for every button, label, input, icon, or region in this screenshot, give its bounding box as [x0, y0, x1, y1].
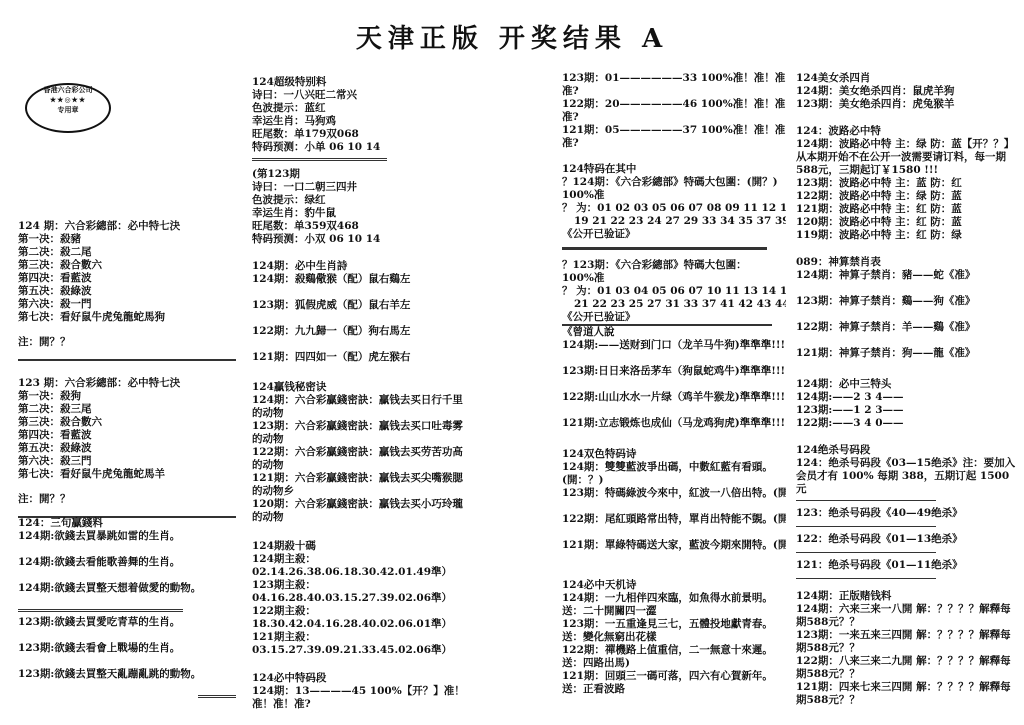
riddle-line: 124期:欲錢去買暴跳如雷的生肖。 [18, 530, 236, 543]
wave-special: 124：波路必中特 124期：波路必中特 主：绿 防：蓝【开？？】从本期开始不在… [796, 125, 1020, 242]
three-heads: 124期：必中三特头 124期:——2 3 4—— 123期:——1 2 3——… [796, 378, 1020, 430]
decision-line: 第四决：看藍波 [18, 429, 236, 442]
range-row: 121期：05——————37 100% 准！准！准！ 准? [562, 124, 786, 150]
secret-line: 120期：六合彩贏錢密訣：贏钱去买小巧玲瓏的动物 [252, 498, 472, 524]
section-heading: 124贏钱秘密诀 [252, 381, 472, 394]
decision-line: 第四决：看藍波 [18, 272, 236, 285]
kill-range-line: 122：绝杀号码段《01—13绝杀》 [796, 533, 1020, 546]
divider [252, 158, 387, 161]
special-inside-123: ？123期：《六合彩總部》特碼大包圍： 100%准 ？ 为：01 03 04 0… [562, 259, 786, 326]
riddles-section: 124：三句贏錢料 124期:欲錢去買暴跳如雷的生肖。 124期:欲錢去看能歌善… [18, 517, 236, 698]
secret-line: 123期：六合彩贏錢密訣：贏钱去买口吐毒雾的动物 [252, 420, 472, 446]
stamp-stars: ★★◎★★ [27, 95, 109, 105]
forbidden-line: 124期：神算子禁肖：豬——蛇《准》 [796, 269, 1020, 282]
secret-line: 124期：六合彩贏錢密訣：贏钱去买日行千里的动物 [252, 394, 472, 420]
color-poem-line: 122期：尾紅頭路常出特，單肖出特能不覬。(開： [562, 513, 786, 526]
verified-label: 《公开已验证》 [562, 311, 786, 324]
decision-line: 第三决：殺合數六 [18, 259, 236, 272]
info-line: 幸运生肖：豹牛鼠 [252, 207, 472, 220]
head-line: 122期:——3 4 0—— [796, 417, 1020, 430]
info-line: 旺尾数：单359双468 [252, 220, 472, 233]
section-heading: 124期：必中生肖詩 [252, 260, 472, 273]
insider-line: 121期:立志锻炼也成仙（马龙鸡狗虎)準準準!!! [562, 417, 786, 430]
decision-line: 第五决：殺綠波 [18, 442, 236, 455]
special-inside-124: 124特码在其中 ？124期：《六合彩總部》特碼大包圍：(開？) 100%准 ？… [562, 163, 786, 250]
range-row: 123期：01——————33 100% 准！准！准！ 准? [562, 72, 786, 98]
divider [18, 359, 236, 361]
section-heading: 124 期：六合彩總部：必中特七決 [18, 220, 236, 233]
color-poem-line: 121期：單綠特碼送大家，藍波今期來開特。(開： [562, 539, 786, 552]
super-special: 124超级特别料 诗曰：一八兴旺二常兴 色波提示：蓝红 幸运生肖：马狗鸡 旺尾数… [252, 76, 472, 161]
kill-line: 123期主殺：04.16.28.40.03.15.27.39.02.06準） [252, 579, 472, 605]
inside-line: ？124期：《六合彩總部》特碼大包圍：(開？) [562, 176, 786, 189]
stamp-bottom-text: 专用章 [27, 105, 109, 115]
seven-decisions-124: 124 期：六合彩總部：必中特七決 第一决：殺豬 第二决：殺二尾 第三决：殺合數… [18, 220, 236, 361]
color-poem-line: 123期：特碼綠波今來中，紅波一八倍出特。(開： [562, 487, 786, 500]
wave-line: 119期：波路必中特 主：红 防：绿 [796, 229, 1020, 242]
secret-line: 122期：六合彩贏錢密訣：贏钱去买劳苦功高的动物 [252, 446, 472, 472]
section-heading: 《曾道人說 [562, 326, 786, 339]
kill-ten-numbers: 124期殺十碼 124期主殺：02.14.26.38.06.18.30.42.0… [252, 540, 472, 657]
section-heading: 089：神算禁肖表 [796, 256, 1020, 269]
decision-line: 第一决：殺豬 [18, 233, 236, 246]
poem-line: 122期：九九歸一（配）狗右馬左 [252, 325, 472, 338]
beauty-kill: 124美女杀四肖 124期：美女绝杀四肖：鼠虎羊狗 123期：美女绝杀四肖：虎兔… [796, 72, 1020, 111]
insider-line: 122期:山山水水一片绿（鸡羊牛猴龙)準準準!!! [562, 391, 786, 404]
divider [198, 695, 236, 698]
info-line: 旺尾数：单179双068 [252, 128, 472, 141]
range-history: 123期：01——————33 100% 准！准！准！ 准? 122期：20——… [562, 72, 786, 150]
decision-line: 第七决：看好鼠牛虎兔龍蛇馬羊 [18, 468, 236, 481]
section-heading: (第123期 [252, 168, 472, 181]
note: 注：開？？ [18, 336, 236, 349]
section-heading: 124必中特码段 [252, 672, 472, 685]
divider [18, 609, 183, 612]
inside-line: 100%准 [562, 272, 786, 285]
forbidden-line: 123期：神算子禁肖：鷄——狗《准》 [796, 295, 1020, 308]
riddle-line: 124期:欲錢去看能歌善舞的生肖。 [18, 556, 236, 569]
info-line: 色波提示：蓝红 [252, 102, 472, 115]
kill-line: 122期主殺：18.30.42.04.16.28.40.02.06.01準） [252, 605, 472, 631]
decision-line: 第六决：殺三門 [18, 455, 236, 468]
info-line: 特码预测：小单 06 10 14 [252, 141, 472, 154]
winning-secret: 124贏钱秘密诀 124期：六合彩贏錢密訣：贏钱去买日行千里的动物 123期：六… [252, 381, 472, 524]
insider-says: 《曾道人說 124期:——送财到门口（龙羊马牛狗)準準準!!! 123期:日日来… [562, 326, 786, 430]
decision-line: 第一决：殺狗 [18, 390, 236, 403]
decision-line: 第五决：殺綠波 [18, 285, 236, 298]
section-heading: 124双色特码诗 [562, 448, 786, 461]
info-line: 色波提示：绿红 [252, 194, 472, 207]
special-range: 124必中特码段 124期：13————45 100%【开？】准！准！准！准? [252, 672, 472, 711]
forbidden-line: 122期：神算子禁肖：羊——鷄《准》 [796, 321, 1020, 334]
seven-decisions-123: 123 期：六合彩總部：必中特七決 第一决：殺狗 第二决：殺三尾 第三决：殺合數… [18, 377, 236, 518]
forbidden-table: 089：神算禁肖表 124期：神算子禁肖：豬——蛇《准》 123期：神算子禁肖：… [796, 256, 1020, 360]
poem-line: 123期：狐假虎威（配）鼠右羊左 [252, 299, 472, 312]
section-heading: 124期：必中三特头 [796, 378, 1020, 391]
number-list: ？ 为：01 03 04 05 06 07 10 11 13 14 15 16 … [562, 285, 786, 298]
wave-main: 124期：波路必中特 主：绿 防：蓝【开？？】从本期开始不在公开一波需要请订料，… [796, 138, 1020, 177]
section-heading: 124特码在其中 [562, 163, 786, 176]
stamp-top-text: 香港六合彩公司 [27, 85, 109, 95]
riddle-line: 123期:欲錢去買整天亂蹦亂跳的動物。 [18, 668, 236, 681]
divider [796, 500, 936, 501]
wave-line: 123期：波路必中特 主：蓝 防：红 [796, 177, 1020, 190]
two-color-poem: 124双色特码诗 124期：雙雙藍波爭出碼，中數紅藍有看頭。(開：？) 123期… [562, 448, 786, 552]
head-line: 123期:——1 2 3—— [796, 404, 1020, 417]
divider [796, 526, 936, 527]
kill-line: 121期主殺：03.15.27.39.09.21.33.45.02.06準） [252, 631, 472, 657]
range-line: 124期：13————45 100%【开？】准！准！准！准? [252, 685, 472, 711]
decision-line: 第六决：殺一門 [18, 298, 236, 311]
decision-line: 第三决：殺合數六 [18, 416, 236, 429]
sky-poem: 124必中天机诗 124期：一九相伴四來臨，如魚得水前景明。送：二十開關四一澀 … [562, 579, 786, 696]
zodiac-poem: 124期：必中生肖詩 124期：殺鷄儆猴（配）鼠右鷄左 123期：狐假虎威（配）… [252, 260, 472, 364]
info-line: 诗曰：一八兴旺二常兴 [252, 89, 472, 102]
decision-line: 第七决：看好鼠牛虎兔龍蛇馬狗 [18, 311, 236, 324]
secret-line: 121期：六合彩贏錢密訣：贏钱去买尖嘴猴腮的动物乡 [252, 472, 472, 498]
color-poem-line: 124期：雙雙藍波爭出碼，中數紅藍有看頭。(開：？) [562, 461, 786, 487]
kill-line: 124期主殺：02.14.26.38.06.18.30.42.01.49準） [252, 553, 472, 579]
info-line: 诗曰：一口二朝三四井 [252, 181, 472, 194]
wave-line: 120期：波路必中特 主：红 防：蓝 [796, 216, 1020, 229]
note: 注：開？？ [18, 493, 236, 506]
divider [796, 552, 936, 553]
info-line: 特码预测：小双 06 10 14 [252, 233, 472, 246]
divider [796, 578, 936, 579]
sky-poem-line: 121期：回頭三一碼可落，四六有心賀新年。送：正看波路 [562, 670, 786, 696]
decision-line: 第二决：殺二尾 [18, 246, 236, 259]
section-heading: 124：波路必中特 [796, 125, 1020, 138]
decision-line: 第二决：殺三尾 [18, 403, 236, 416]
page-title: 天津正版 开奖结果 A [0, 18, 1024, 55]
info-line: 幸运生肖：马狗鸡 [252, 115, 472, 128]
poem-line: 124期：殺鷄儆猴（配）鼠右鷄左 [252, 273, 472, 286]
sky-poem-line: 123期：一五重逢見三七，五體投地獻青春。送：變化無窮出花樣 [562, 618, 786, 644]
company-stamp: 香港六合彩公司 ★★◎★★ 专用章 [25, 83, 111, 133]
number-list: 21 22 23 25 27 31 33 37 41 42 43 44 45 4… [562, 298, 786, 311]
insider-line: 124期:——送财到门口（龙羊马牛狗)準準準!!! [562, 339, 786, 352]
section-heading: 123 期：六合彩總部：必中特七決 [18, 377, 236, 390]
head-line: 124期:——2 3 4—— [796, 391, 1020, 404]
divider [562, 247, 767, 250]
poem-line: 121期：四四如一（配）虎左猴右 [252, 351, 472, 364]
kill-range-line: 121：绝杀号码段《01—11绝杀》 [796, 559, 1020, 572]
section-heading: 124：三句贏錢料 [18, 517, 236, 530]
kill-number-range: 124绝杀号码段 124：绝杀号码段《03—15绝杀》注：要加入会员才有 100… [796, 444, 1020, 579]
paid-line: 122期：八来三来二九開 解：？？？？解釋每期588元？？ [796, 655, 1020, 681]
wave-line: 122期：波路必中特 主：绿 防：蓝 [796, 190, 1020, 203]
beauty-line: 123期：美女绝杀四肖：虎兔猴羊 [796, 98, 1020, 111]
sky-poem-line: 122期：禪機路上值重信，二一無意十來遲。送：四路出馬) [562, 644, 786, 670]
inside-line: 100%准 [562, 189, 786, 202]
riddle-line: 124期:欲錢去買整天想着做愛的動物。 [18, 582, 236, 595]
number-list: ？ 为：01 02 03 05 06 07 08 09 11 12 13 15 … [562, 202, 786, 215]
section-heading: 124期：正版赌钱料 [796, 590, 1020, 603]
section-heading: 124美女杀四肖 [796, 72, 1020, 85]
beauty-line: 124期：美女绝杀四肖：鼠虎羊狗 [796, 85, 1020, 98]
kill-range-line: 123：绝杀号码段《40—49绝杀》 [796, 507, 1020, 520]
issue-123-info: (第123期 诗曰：一口二朝三四井 色波提示：绿红 幸运生肖：豹牛鼠 旺尾数：单… [252, 168, 472, 246]
sky-poem-line: 124期：一九相伴四來臨，如魚得水前景明。送：二十開關四一澀 [562, 592, 786, 618]
paid-line: 124期：六来三来一八開 解：？？？？解釋每期588元？？ [796, 603, 1020, 629]
inside-line: ？123期：《六合彩總部》特碼大包圍： [562, 259, 786, 272]
section-heading: 124超级特别料 [252, 76, 472, 89]
paid-line: 123期：一来五来三四開 解：？？？？解釋每期588元？？ [796, 629, 1020, 655]
section-heading: 124绝杀号码段 [796, 444, 1020, 457]
wave-line: 121期：波路必中特 主：红 防：蓝 [796, 203, 1020, 216]
paid-line: 121期：四来七来三四開 解：？？？？解釋每期588元？？ [796, 681, 1020, 707]
range-row: 122期：20——————46 100% 准！准！准！ 准? [562, 98, 786, 124]
paid-data: 124期：正版赌钱料 124期：六来三来一八開 解：？？？？解釋每期588元？？… [796, 590, 1020, 707]
section-heading: 124必中天机诗 [562, 579, 786, 592]
riddle-line: 123期:欲錢去看會上戰場的生肖。 [18, 642, 236, 655]
section-heading: 124期殺十碼 [252, 540, 472, 553]
riddle-line: 123期:欲錢去買愛吃青草的生肖。 [18, 616, 236, 629]
kill-range-main: 124：绝杀号码段《03—15绝杀》注：要加入会员才有 100% 每期 388，… [796, 457, 1020, 496]
number-list: 19 21 22 23 24 27 29 33 34 35 37 39 43 4… [562, 215, 786, 228]
forbidden-line: 121期：神算子禁肖：狗——龍《准》 [796, 347, 1020, 360]
insider-line: 123期:日日来洛岳茅车（狗鼠蛇鸡牛)準準準!!! [562, 365, 786, 378]
verified-label: 《公开已验证》 [562, 228, 786, 241]
